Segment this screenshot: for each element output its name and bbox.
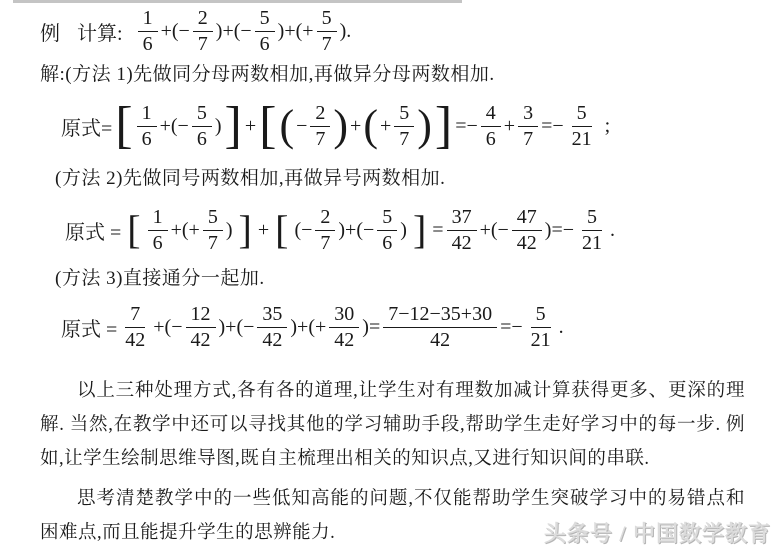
fraction: 1242 [186,304,216,351]
math-text: 原式= [60,112,113,141]
math-text: ). [339,20,353,43]
math-text: ; [599,115,612,138]
fraction: 521 [526,304,556,351]
math-text: +(− [479,219,510,242]
math-text: )+(− [215,20,253,43]
fraction: 16 [138,8,158,55]
math-text: +(+ [170,219,201,242]
math-text: + [244,115,257,138]
fraction: 3542 [257,304,287,351]
example-row: 例 计算: 16+(−27)+(−56)+(+57). [40,9,745,53]
math-text: ) [399,219,408,242]
fraction: 742 [120,304,150,351]
example-label: 例 [40,17,60,46]
method2-heading: (方法 2)先做同号两数相加,再做异号两数相加. [40,168,745,190]
fraction: 16 [137,103,157,150]
fraction: 57 [394,103,414,150]
math-text: =− [499,316,524,339]
top-divider [13,0,462,3]
math-text: )+(+ [277,20,315,43]
fraction: 16 [148,207,168,254]
fraction: 37 [518,103,538,150]
math-text: +(− [160,20,191,43]
method3-heading: (方法 3)直接通分一起加. [40,268,745,290]
math-text: + [349,115,362,138]
math-text: 原式 = [60,313,118,342]
fraction: 4742 [512,207,542,254]
fraction: 3742 [447,207,477,254]
fraction: 7−12−35+3042 [383,304,497,351]
math-text: ) [225,219,234,242]
fraction: 27 [315,207,335,254]
fraction: 56 [192,103,212,150]
math-text: =− [540,115,565,138]
fraction: 57 [203,207,223,254]
fraction: 27 [193,8,213,55]
math-text: )+(+ [289,316,327,339]
math-text: +(− [159,115,190,138]
math-text: − [295,115,308,138]
example-prompt: 计算: [77,17,123,46]
math-text: = [431,219,444,242]
document-page: 例 计算: 16+(−27)+(−56)+(+57). 解:(方法 1)先做同分… [0,0,781,553]
fraction: 56 [255,8,275,55]
math-text: (− [293,219,313,242]
math-text: +(− [152,316,183,339]
math-text: )+(− [218,316,256,339]
math-text: . [558,316,565,339]
fraction: 3042 [329,304,359,351]
fraction: 56 [377,207,397,254]
method1-heading: 解:(方法 1)先做同分母两数相加,再做异分母两数相加. [40,64,745,86]
math-text: ) [214,115,223,138]
math-text: =− [454,115,479,138]
math-text: )=− [544,219,575,242]
method1-formula: 原式=[16+(−56)]+[(−27)+(+57)]=−46+37=−521 … [40,98,745,154]
discussion-paragraph-1: 以上三种处理方式,各有各的道理,让学生对有理数加减计算获得更多、更深的理解. 当… [40,374,745,476]
math-text: )= [361,316,381,339]
fraction: 27 [310,103,330,150]
math-text: )+(− [337,219,375,242]
fraction: 521 [567,103,597,150]
fraction: 46 [481,103,501,150]
math-text: + [503,115,516,138]
method2-formula: 原式 =[16+(+57)]+[(−27)+(−56)]=3742+(−4742… [40,206,745,254]
math-text: + [379,115,392,138]
math-text: 原式 = [64,216,122,245]
example-expression: 16+(−27)+(−56)+(+57). [136,8,353,55]
fraction: 521 [577,207,607,254]
math-text: . [609,219,616,242]
math-text: + [257,219,270,242]
method3-formula: 原式 =742+(−1242)+(−3542)+(+3042)=7−12−35+… [40,302,745,352]
fraction: 57 [317,8,337,55]
watermark: 头条号 / 中国数学教育 [544,517,771,548]
